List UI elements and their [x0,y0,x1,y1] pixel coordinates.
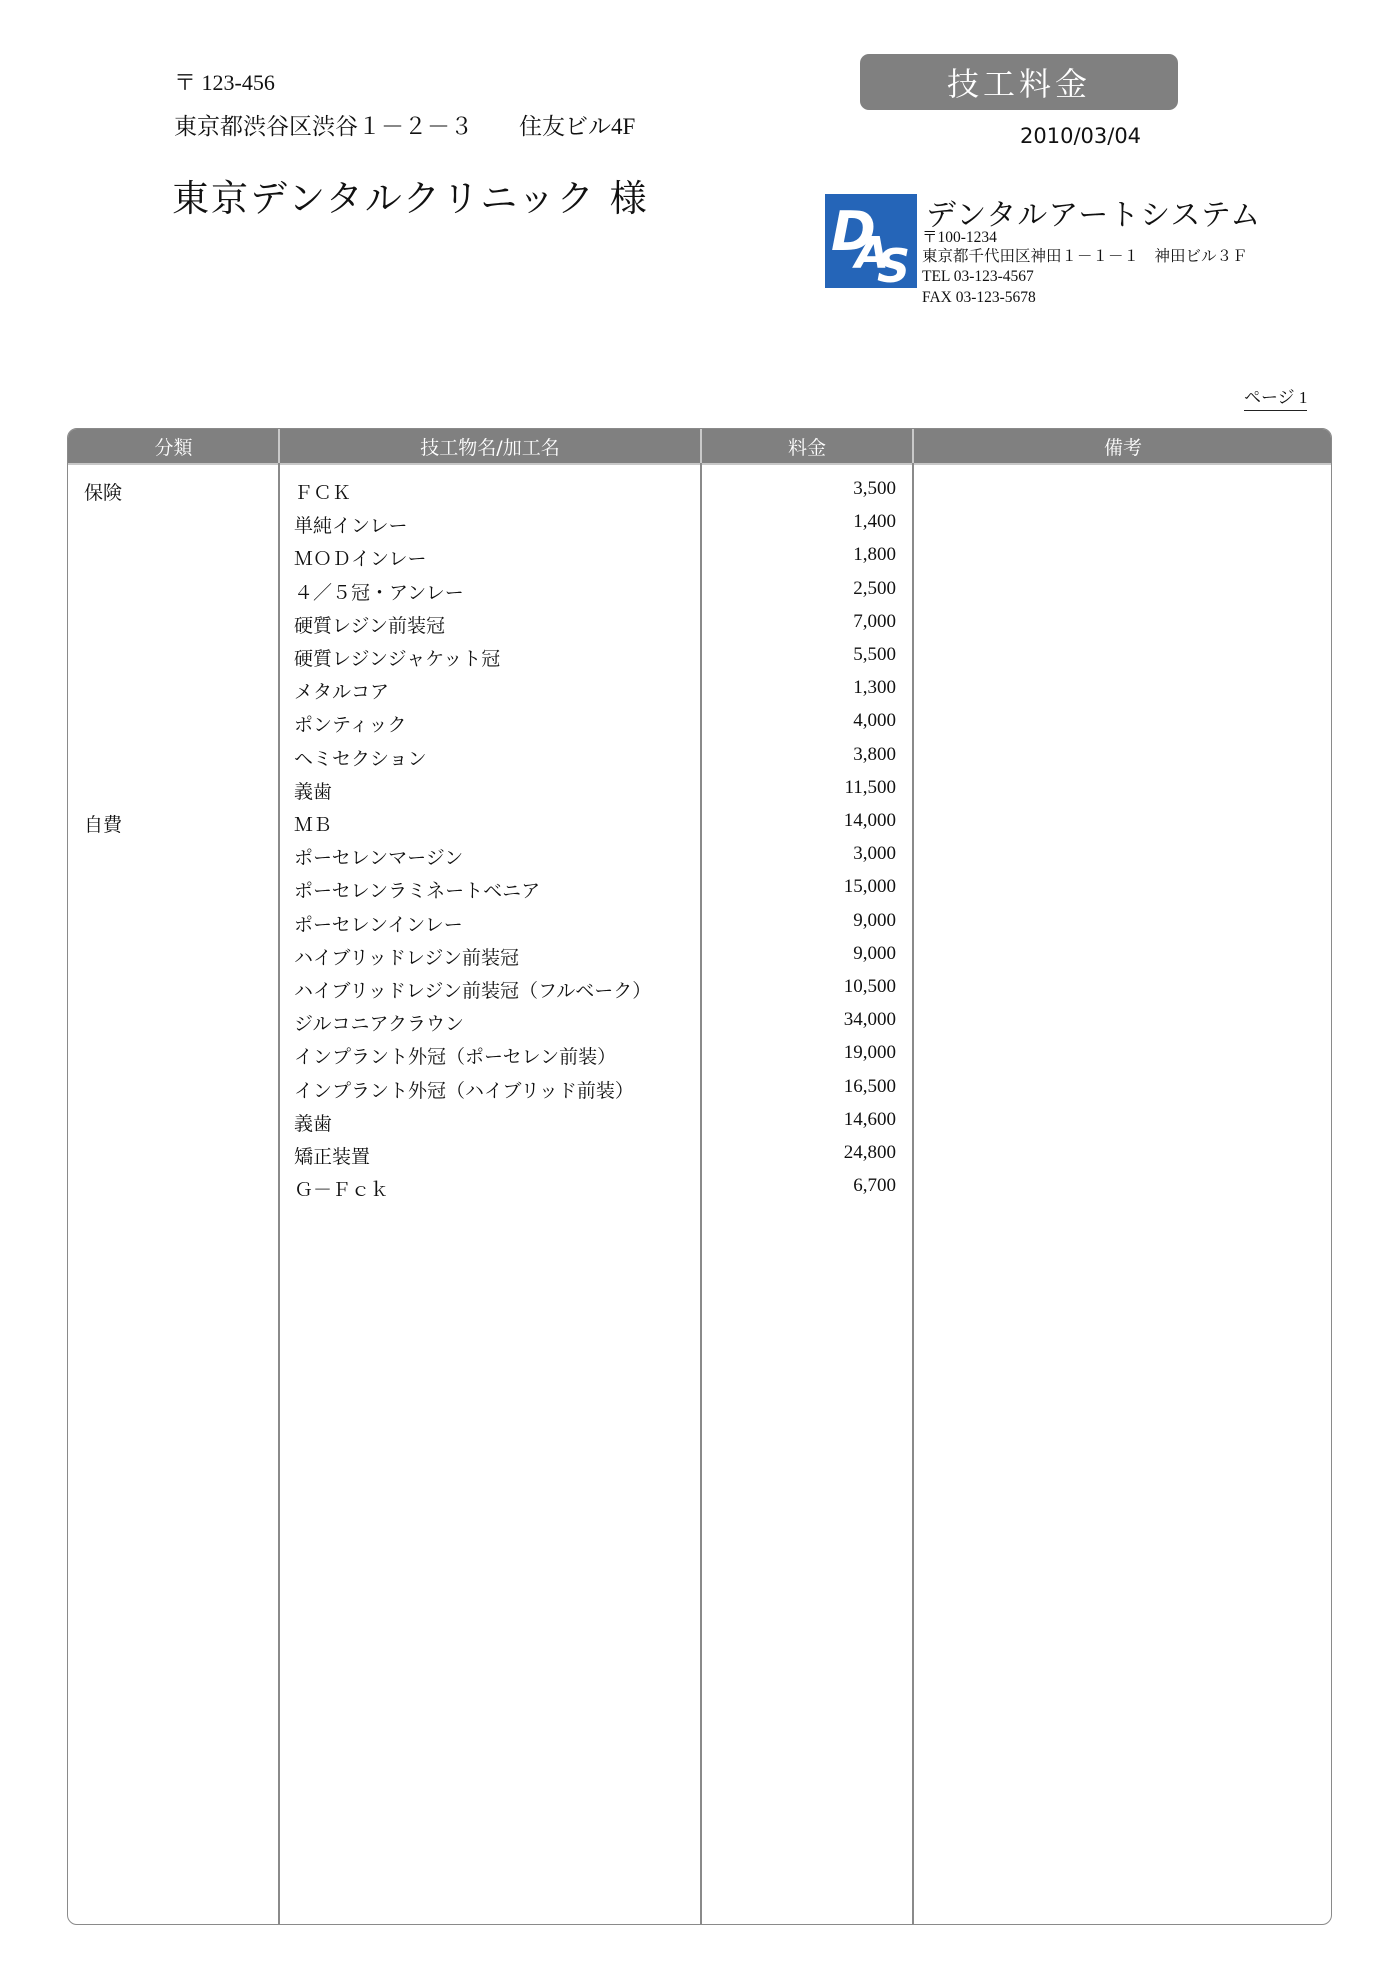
cell-price: 19,000 [699,1042,896,1064]
cell-item-name: ＦＣＫ [294,478,351,505]
cell-item-name: インプラント外冠（ハイブリッド前装） [294,1076,634,1103]
cell-category: 自費 [84,810,122,837]
issuer-address: 東京都千代田区神田１－１－１ 神田ビル３Ｆ [922,248,1248,266]
table-row: ＭＯＤインレー 1,800 [68,544,1331,577]
cell-price: 6,700 [699,1175,896,1197]
cell-item-name: ポンティック [294,710,406,737]
cell-price: 14,000 [699,810,896,832]
cell-item-name: 義歯 [294,777,332,804]
column-header-category: 分類 [68,429,279,463]
cell-item-name: ポーセレンインレー [294,910,463,937]
table-row: 保険 ＦＣＫ 3,500 [68,478,1331,511]
cell-item-name: ４／５冠・アンレー [294,578,464,605]
cell-item-name: 単純インレー [294,511,408,538]
cell-item-name: ＭＢ [294,810,332,837]
column-header-item-name: 技工物名/加工名 [279,429,701,463]
document-title-badge: 技工料金 [860,54,1178,110]
cell-item-name: 硬質レジンジャケット冠 [294,644,500,671]
price-table: 分類 技工物名/加工名 料金 備考 保険 ＦＣＫ 3,500 単純インレー 1,… [67,428,1332,1925]
cell-price: 9,000 [699,943,896,965]
cell-price: 4,000 [699,710,896,732]
cell-price: 1,400 [699,511,896,533]
table-row: 義歯 11,500 [68,777,1331,810]
table-row: 義歯 14,600 [68,1109,1331,1142]
issuer-postal-code: 〒100-1234 [922,229,997,247]
page-indicator: ページ 1 [1244,383,1307,411]
cell-item-name: ハイブリッドレジン前装冠（フルベーク） [294,976,651,1003]
issuer-company-name: デンタルアートシステム [926,190,1261,234]
table-row: 硬質レジン前装冠 7,000 [68,611,1331,644]
table-row: ヘミセクション 3,800 [68,744,1331,777]
recipient-postal-code: 〒 123-456 [174,66,275,97]
table-row: 矯正装置 24,800 [68,1142,1331,1175]
cell-item-name: 矯正装置 [294,1142,370,1169]
das-logo-icon: D A S [825,194,917,288]
document-date: 2010/03/04 [1020,124,1141,148]
cell-price: 16,500 [699,1076,896,1098]
cell-item-name: ハイブリッドレジン前装冠 [294,943,519,970]
document-title: 技工料金 [947,59,1091,105]
cell-price: 3,000 [699,843,896,865]
cell-item-name: ＭＯＤインレー [294,544,427,571]
cell-price: 34,000 [699,1009,896,1031]
cell-price: 15,000 [699,876,896,898]
table-row: ポンティック 4,000 [68,710,1331,743]
cell-price: 14,600 [699,1109,896,1131]
column-header-notes: 備考 [913,429,1332,463]
cell-item-name: ポーセレンマージン [294,843,463,870]
header-divider [700,429,702,463]
table-row: 自費 ＭＢ 14,000 [68,810,1331,843]
table-row: 硬質レジンジャケット冠 5,500 [68,644,1331,677]
header-divider [278,429,280,463]
recipient-address: 東京都渋谷区渋谷１－２－３ 住友ビル4F [174,108,635,141]
table-row: ハイブリッドレジン前装冠 9,000 [68,943,1331,976]
table-row: ４／５冠・アンレー 2,500 [68,578,1331,611]
table-row: 単純インレー 1,400 [68,511,1331,544]
table-row: インプラント外冠（ポーセレン前装） 19,000 [68,1042,1331,1075]
cell-item-name: 硬質レジン前装冠 [294,611,445,638]
cell-price: 3,800 [699,744,896,766]
cell-item-name: ヘミセクション [294,744,427,771]
cell-price: 10,500 [699,976,896,998]
table-row: メタルコア 1,300 [68,677,1331,710]
svg-text:S: S [877,239,910,288]
cell-price: 11,500 [699,777,896,799]
issuer-fax: FAX 03-123-5678 [922,289,1036,307]
cell-item-name: メタルコア [294,677,389,704]
table-row: ポーセレンマージン 3,000 [68,843,1331,876]
recipient-name: 東京デンタルクリニック 様 [172,168,649,222]
header-divider [912,429,914,463]
cell-item-name: 義歯 [294,1109,332,1136]
cell-category: 保険 [84,478,122,505]
cell-item-name: ジルコニアクラウン [294,1009,464,1036]
cell-price: 1,300 [699,677,896,699]
table-row: インプラント外冠（ハイブリッド前装） 16,500 [68,1076,1331,1109]
cell-price: 24,800 [699,1142,896,1164]
table-row: ポーセレンインレー 9,000 [68,910,1331,943]
cell-price: 2,500 [699,578,896,600]
cell-item-name: ポーセレンラミネートベニア [294,876,540,903]
cell-price: 5,500 [699,644,896,666]
cell-price: 3,500 [699,478,896,500]
table-row: ジルコニアクラウン 34,000 [68,1009,1331,1042]
cell-item-name: Ｇ－Ｆｃｋ [294,1175,389,1202]
cell-price: 1,800 [699,544,896,566]
cell-price: 9,000 [699,910,896,932]
issuer-tel: TEL 03-123-4567 [922,268,1034,286]
column-header-price: 料金 [701,429,913,463]
table-row: ハイブリッドレジン前装冠（フルベーク） 10,500 [68,976,1331,1009]
cell-price: 7,000 [699,611,896,633]
cell-item-name: インプラント外冠（ポーセレン前装） [294,1042,616,1069]
table-row: Ｇ－Ｆｃｋ 6,700 [68,1175,1331,1208]
table-row: ポーセレンラミネートベニア 15,000 [68,876,1331,909]
